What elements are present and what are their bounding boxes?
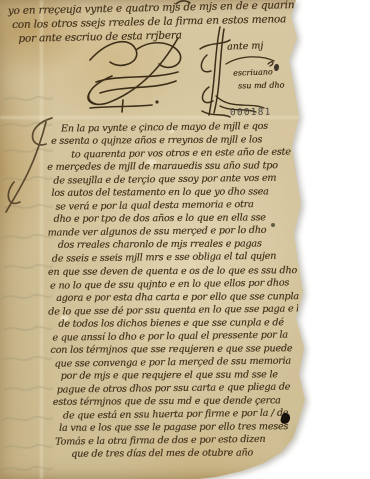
manuscript-line: de lo que sse dé por ssu quenta en lo qu… bbox=[48, 302, 298, 318]
manuscript-paper-wrapper: yo en rreçeuja vynte e quatro mjs de mjs… bbox=[0, 0, 370, 479]
manuscript-line: que de tres días del mes de otubre año bbox=[71, 446, 321, 461]
body-text-block: En la pa vynte e çinco de mayo de mjll e… bbox=[47, 120, 301, 461]
scanned-manuscript-page: { "meta": { "description": "Scanned page… bbox=[0, 0, 370, 479]
archive-number-stamp: 000181 bbox=[230, 107, 272, 119]
attestation-ante-mi: ante mj bbox=[227, 40, 264, 52]
manuscript-paper: yo en rreçeuja vynte e quatro mjs de mjs… bbox=[0, 0, 370, 479]
ink-blot bbox=[274, 64, 279, 71]
top-edge-ink-mark bbox=[174, 0, 192, 6]
invocation-cross-icon bbox=[88, 98, 162, 114]
scribe-title-line: escriuano bbox=[233, 67, 273, 77]
rubric-curl-icon bbox=[224, 52, 278, 68]
scribe-formula-line: ssu md dho bbox=[238, 81, 284, 91]
ink-blot bbox=[271, 223, 275, 227]
manuscript-line: e no lo que de ssu qujnto e en lo que el… bbox=[50, 276, 300, 292]
